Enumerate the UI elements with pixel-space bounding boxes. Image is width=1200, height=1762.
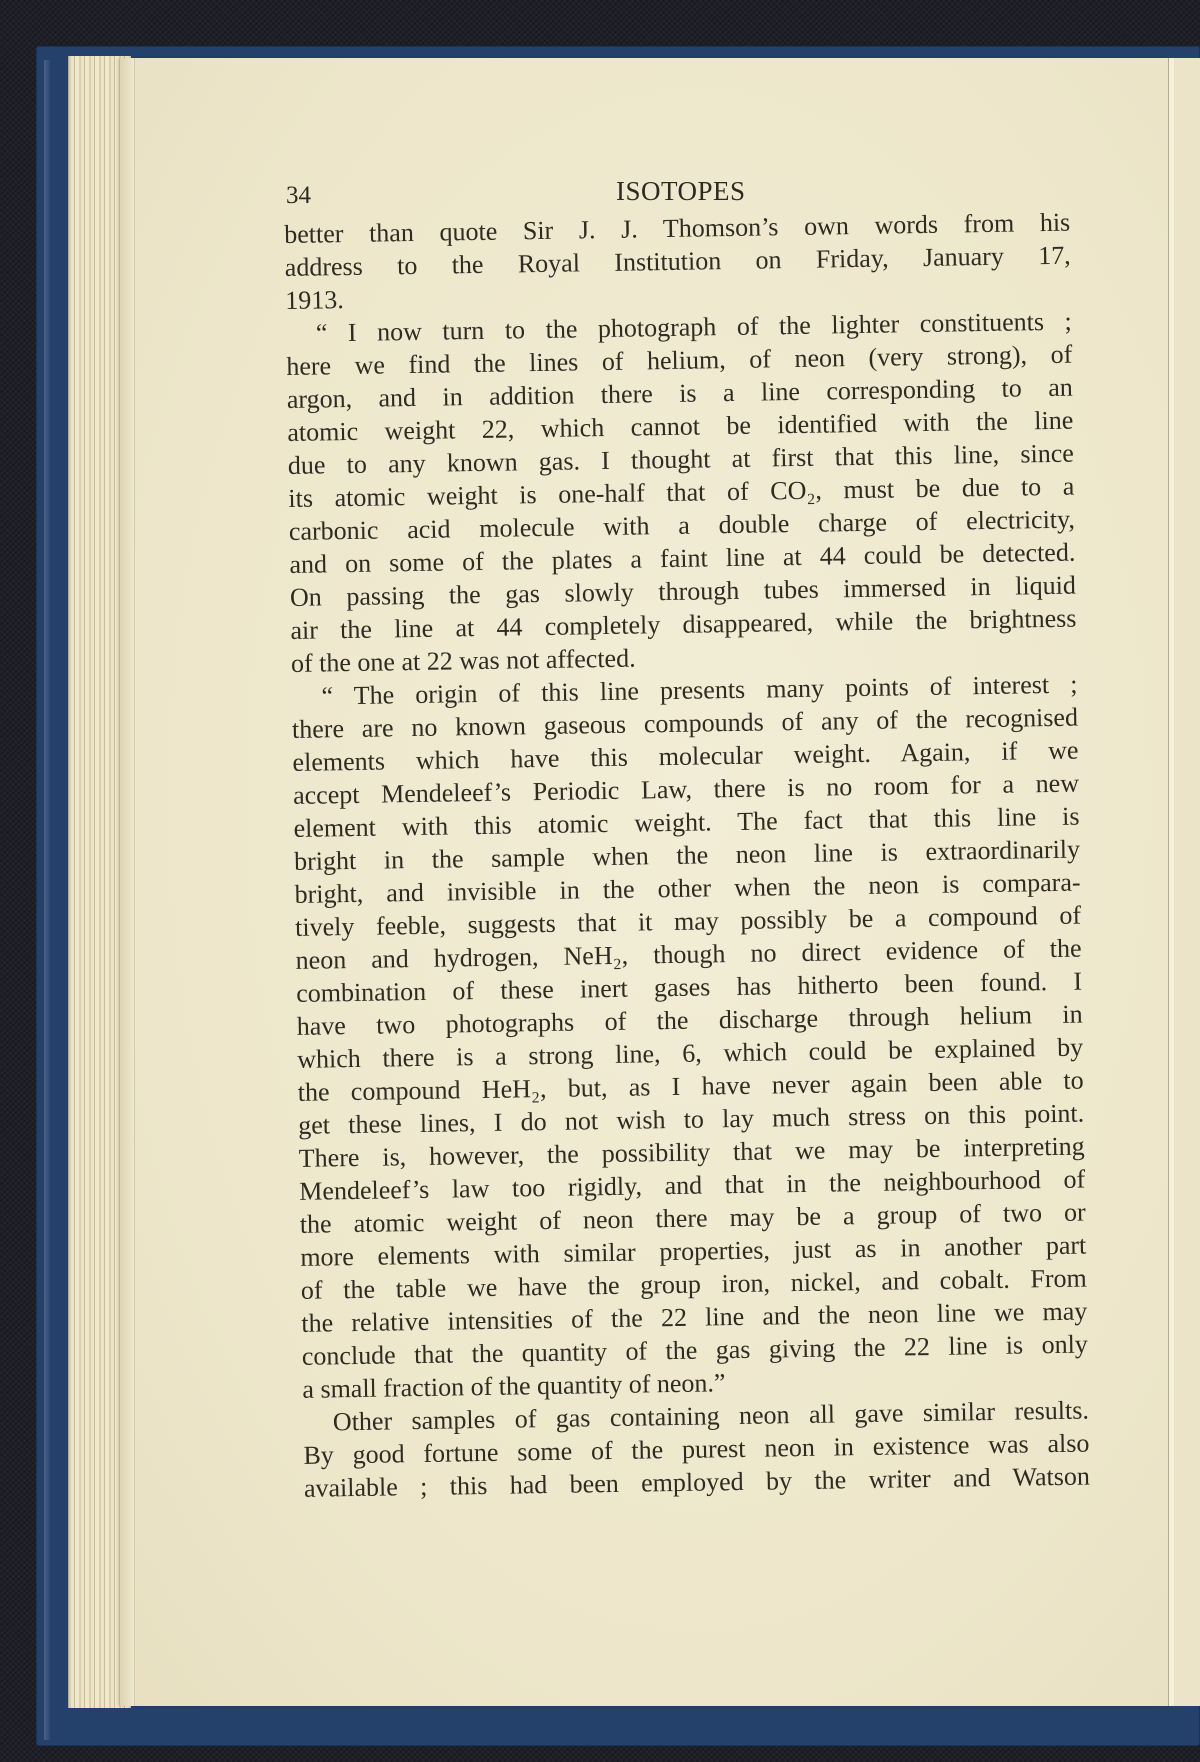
paragraph: better than quote Sir J. J. Thomson’s ow…: [284, 205, 1085, 317]
running-head: ISOTOPES: [616, 176, 746, 207]
paragraph: “ The origin of this line presents many …: [291, 667, 1102, 1405]
page-number: 34: [286, 182, 311, 210]
adjacent-page-edge: [1168, 58, 1200, 1706]
page-gutter: [120, 58, 135, 1706]
body-text: better than quote Sir J. J. Thomson’s ow…: [284, 205, 1104, 1504]
paragraph: “ I now turn to the photograph of the li…: [286, 304, 1092, 680]
spine-wear: [44, 60, 50, 1740]
paragraph: Other samples of gas containing neon all…: [303, 1393, 1104, 1505]
